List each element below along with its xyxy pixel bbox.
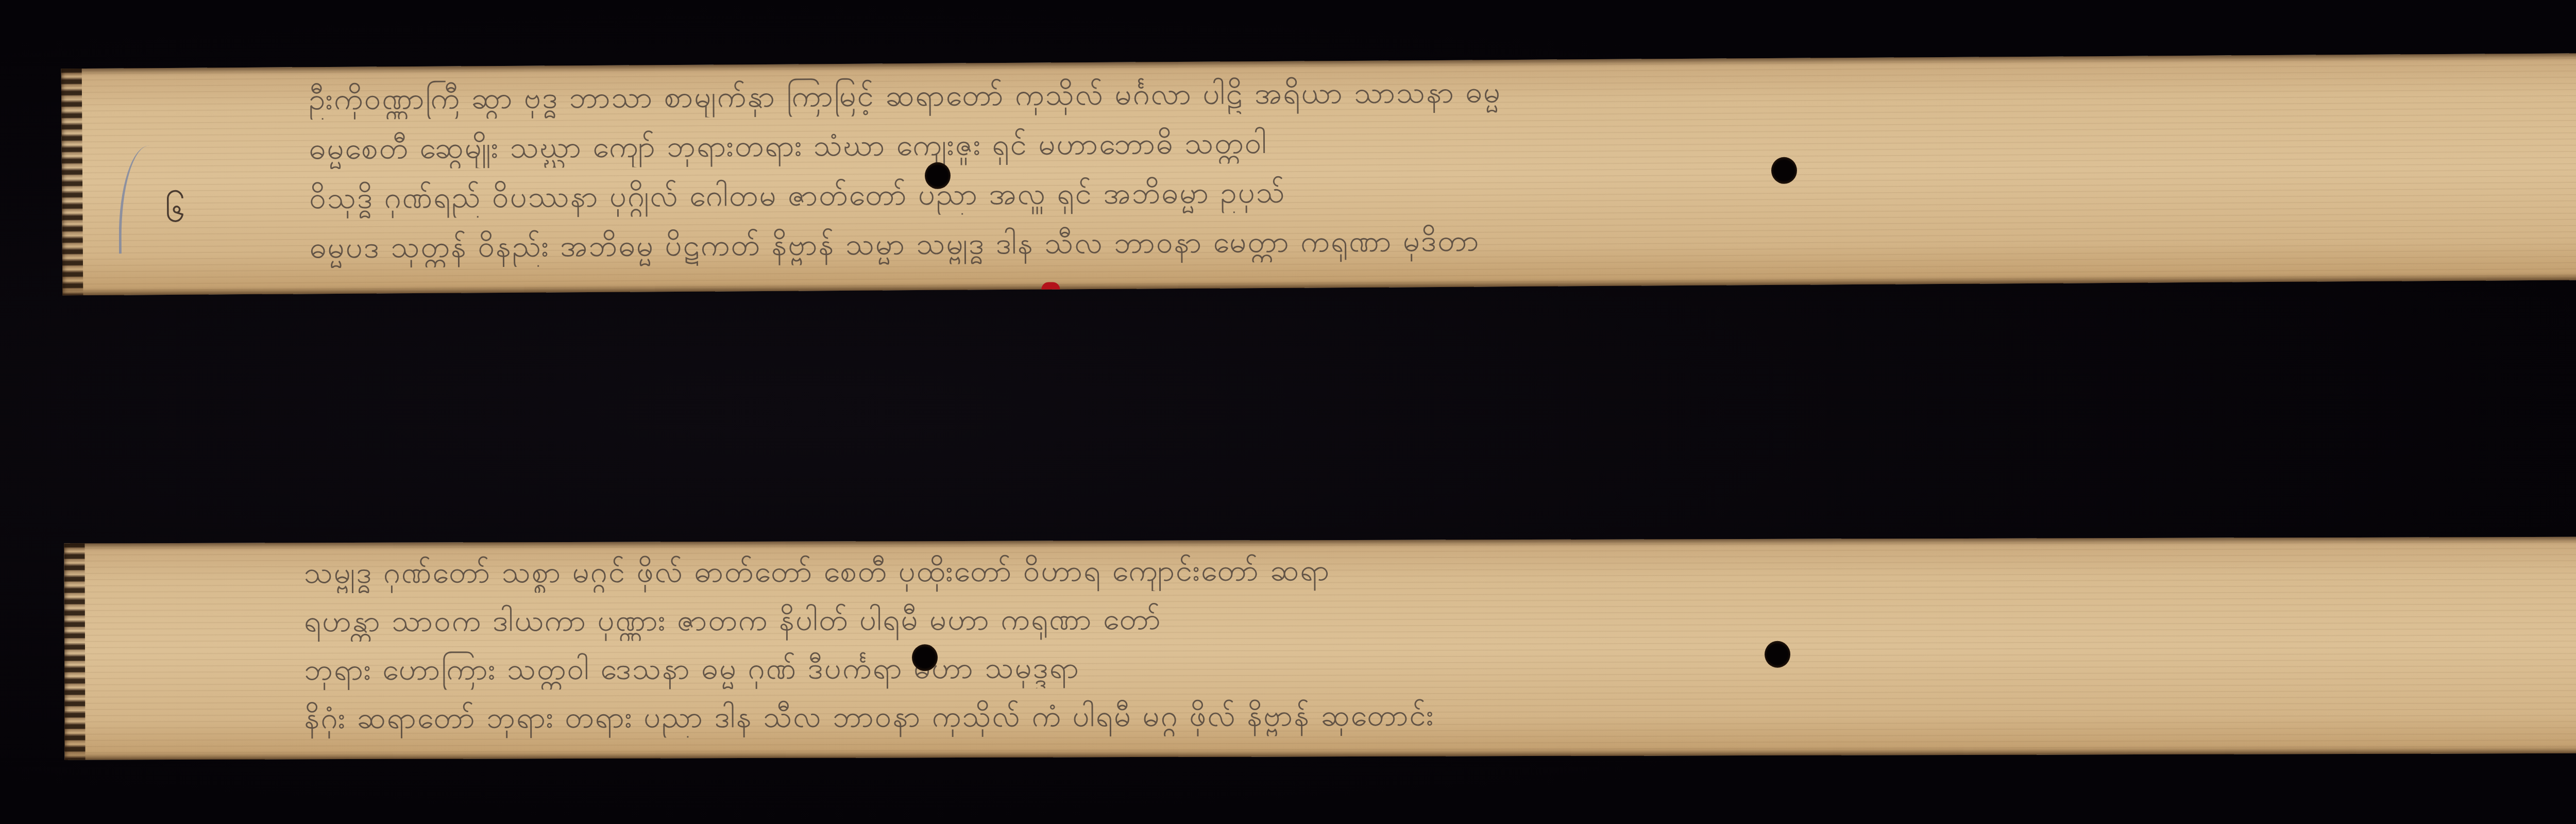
manuscript-photo: ၆ ဦးကိုဝဏ္ဏာကြီ ဆွာ ဗုဒ္ဓ ဘာသာ စာမျက်နှာ… [0,0,2576,824]
palm-leaf-top: ၆ ဦးကိုဝဏ္ဏာကြီ ဆွာ ဗုဒ္ဓ ဘာသာ စာမျက်နှာ… [61,53,2576,295]
text-line: ဘုရား ဟောကြား သတ္တဝါ ဒေသနာ ဓမ္မ ဂုဏ် ဒီပ… [304,643,2576,691]
red-seal-mark [1041,282,1060,289]
palm-leaf-bottom: သမ္ဗုဒ္ဓ ဂုဏ်တော် သစ္စာ မဂ္ဂင် ဖိုလ် ဓာတ… [64,536,2576,760]
margin-stroke-mark [118,145,152,254]
binding-hole [925,162,951,189]
text-line: သမ္ဗုဒ္ဓ ဂုဏ်တော် သစ္စာ မဂ္ဂင် ဖိုလ် ဓာတ… [304,546,2576,594]
text-line: ဦးကိုဝဏ္ဏာကြီ ဆွာ ဗုဒ္ဓ ဘာသာ စာမျက်နှာ က… [309,64,2575,120]
text-line: ဓမ္မစေတီ ဆွေမျိုး သဃ္ဃာ ကျော် ဘုရားတရား … [309,114,2575,169]
text-line: နိဂုံး ဆရာတော် ဘုရား တရား ပညာ ဒါန သီလ ဘာ… [304,692,2576,739]
text-line: ရဟန္တာ သာဝက ဒါယကာ ပုဏ္ဏား ဇာတက နိပါတ် ပါ… [304,595,2576,642]
text-line: ဝိသုဒ္ဓိ ဂုဏ်ရည် ဝိပဿနာ ပုဂ္ဂိုလ် ဂေါတမ … [309,163,2576,218]
leaf-number: ၆ [165,187,185,240]
binding-hole [1771,157,1797,184]
binding-hole [1765,641,1790,668]
text-line: ဓမ္မပဒ သုတ္တန် ဝိနည်း အဘိဓမ္မ ပိဋကတ် နိဗ… [310,213,2576,268]
binding-hole [912,644,938,671]
